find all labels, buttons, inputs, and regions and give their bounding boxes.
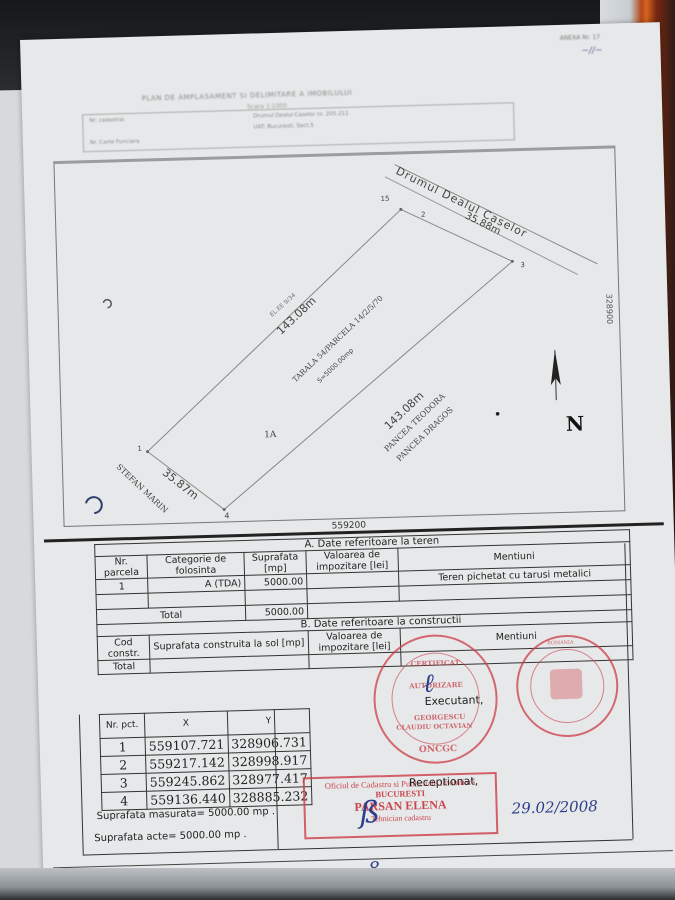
coat-of-arms-icon <box>550 669 583 700</box>
grid-y-coordinate: 328900 <box>604 294 614 325</box>
point-3-label: 3 <box>520 261 525 269</box>
col-nr-pct: Nr. pct. <box>99 713 145 738</box>
parcel-id-label: 1A <box>264 430 277 440</box>
col-valoare-constr: Valoarea de impozitare [lei] <box>308 628 401 655</box>
point-2-label: 2 <box>421 211 426 219</box>
header-carte-funciara: Nr. Carte Funciara <box>90 139 140 146</box>
header-owner-row: Nr. cadastral <box>89 117 124 124</box>
annex-reference: ANEXA Nr. 17 <box>560 34 601 42</box>
cadastral-plan-document: ANEXA Nr. 17 ~∕∕~ PLAN DE AMPLASAMENT SI… <box>20 22 675 890</box>
col-cod-constr: Cod constr. <box>97 635 150 660</box>
document-title: PLAN DE AMPLASAMENT SI DELIMITARE A IMOB… <box>142 89 353 103</box>
header-signature: ~∕∕~ <box>581 46 602 57</box>
header-info-box: Nr. cadastral Drumul Dealul Caselor nr. … <box>82 102 515 152</box>
col-nr-parcela: Nr. parcela <box>95 555 148 579</box>
paper-stack-edge <box>0 868 675 900</box>
north-label: N <box>566 411 585 436</box>
col-suprafata: Suprafata [mp] <box>244 551 307 576</box>
point-extra-15: 15 <box>380 195 389 203</box>
reception-date: 29.02/2008 <box>511 797 598 817</box>
col-x: X <box>144 711 227 737</box>
reception-signature: ß <box>359 795 380 831</box>
point-1-label: 1 <box>137 445 142 453</box>
col-y: Y <box>227 709 310 735</box>
coordinates-table: Nr. pct. X Y 1559107.721328906.731 25592… <box>99 708 313 811</box>
col-valoare: Valoarea de impozitare [lei] <box>306 548 399 574</box>
deed-area: Suprafata acte= 5000.00 mp . <box>94 829 247 844</box>
header-locality: UAT: Bucuresti, Sect.5 <box>253 123 314 131</box>
point-4-label: 4 <box>224 511 229 520</box>
coordinates-section: Nr. pct. X Y 1559107.721328906.731 25592… <box>99 708 313 811</box>
executant-signature: ℓ <box>423 669 435 699</box>
receptionat-label: Receptionat, <box>409 774 479 789</box>
header-address: Drumul Dealul Caselor nr. 205-211 <box>253 111 349 120</box>
col-categorie: Categorie de folosinta <box>147 552 245 578</box>
site-plan-drawing: Drumul Dealul Caselor 35.88m 15 2 3 EL.E… <box>53 145 625 527</box>
